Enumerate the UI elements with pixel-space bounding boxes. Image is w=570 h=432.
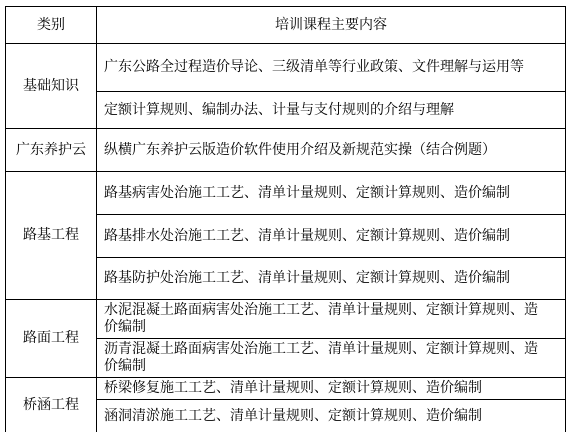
course-content-cell: 桥梁修复施工工艺、清单计量规则、定额计算规则、造价编制 (97, 378, 566, 400)
course-content-cell: 路基排水处治施工工艺、清单计量规则、定额计算规则、造价编制 (97, 215, 566, 258)
table-row: 路面工程 水泥混凝土路面病害处治施工工艺、清单计量规则、定额计算规则、造价编制 (6, 300, 566, 339)
course-content-cell: 路基病害处治施工工艺、清单计量规则、定额计算规则、造价编制 (97, 172, 566, 215)
category-cell-guangdong-maintenance-cloud: 广东养护云 (6, 129, 97, 172)
training-course-table: 类别 培训课程主要内容 基础知识 广东公路全过程造价导论、三级清单等行业政策、文… (5, 6, 566, 432)
table-header-row: 类别 培训课程主要内容 (6, 7, 566, 44)
training-course-page: 类别 培训课程主要内容 基础知识 广东公路全过程造价导论、三级清单等行业政策、文… (0, 0, 570, 432)
course-content-cell: 路基防护处治施工工艺、清单计量规则、定额计算规则、造价编制 (97, 258, 566, 300)
table-row: 广东养护云 纵横广东养护云版造价软件使用介绍及新规范实操（结合例题） (6, 129, 566, 172)
table-row: 桥涵工程 桥梁修复施工工艺、清单计量规则、定额计算规则、造价编制 (6, 378, 566, 400)
table-row: 路基工程 路基病害处治施工工艺、清单计量规则、定额计算规则、造价编制 (6, 172, 566, 215)
category-cell-subgrade-engineering: 路基工程 (6, 172, 97, 300)
course-content-cell: 水泥混凝土路面病害处治施工工艺、清单计量规则、定额计算规则、造价编制 (97, 300, 566, 339)
course-content-cell: 纵横广东养护云版造价软件使用介绍及新规范实操（结合例题） (97, 129, 566, 172)
header-cell-course-content: 培训课程主要内容 (97, 7, 566, 44)
course-content-cell: 广东公路全过程造价导论、三级清单等行业政策、文件理解与运用等 (97, 44, 566, 92)
course-content-cell: 定额计算规则、编制办法、计量与支付规则的介绍与理解 (97, 92, 566, 129)
table-row: 基础知识 广东公路全过程造价导论、三级清单等行业政策、文件理解与运用等 (6, 44, 566, 92)
header-cell-category: 类别 (6, 7, 97, 44)
category-cell-bridge-culvert-engineering: 桥涵工程 (6, 378, 97, 432)
course-content-cell: 沥青混凝土路面病害处治施工工艺、清单计量规则、定额计算规则、造价编制 (97, 339, 566, 378)
course-content-cell: 涵洞清淤施工工艺、清单计量规则、定额计算规则、造价编制 (97, 400, 566, 432)
category-cell-pavement-engineering: 路面工程 (6, 300, 97, 378)
category-cell-basic-knowledge: 基础知识 (6, 44, 97, 129)
